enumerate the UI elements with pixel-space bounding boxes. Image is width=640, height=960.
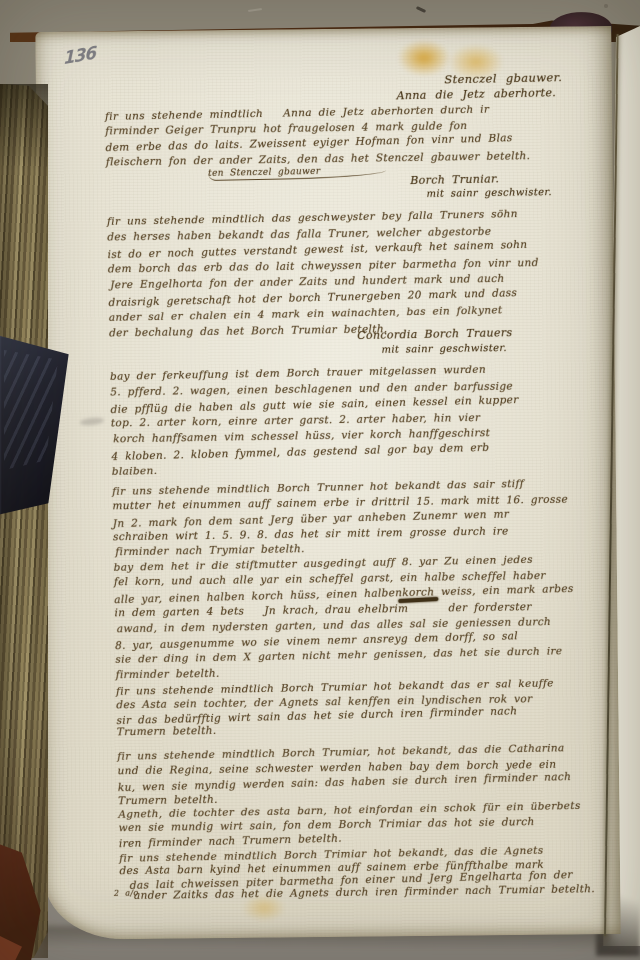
paragraph-9: fir uns stehende mindtlich Borch Trimiar… [119, 844, 595, 904]
margin-correction: 2 a/o [114, 888, 139, 897]
manuscript-line: 2 a/o [114, 888, 139, 897]
manuscript-line: Concordia Borch Trauers [357, 326, 512, 343]
paragraph-8: Agneth, die tochter des asta barn, hot e… [118, 799, 581, 850]
paragraph-3: bay der ferkeuffung ist dem Borch trauer… [110, 362, 520, 480]
subheading-concordia: Concordia Borch Trauersmit sainr geschwi… [357, 326, 513, 358]
paragraph-4: fir uns stehende mindtlich Borch Trunner… [112, 476, 569, 561]
paragraph-5: bay dem het ir die stiftmutter ausgeding… [114, 552, 576, 684]
handwritten-text-layer: Stenczel gbauwer. Anna die Jetz aberhort… [0, 0, 640, 960]
paragraph-2: fir uns stehende mindtlich das geschweys… [107, 206, 540, 342]
manuscript-line: mit sainr geschwister. [426, 186, 552, 201]
manuscript-line: Stenczel gbauwer. [444, 70, 562, 86]
underlined-insertion: ten Stenczel gbauwer [208, 166, 387, 179]
heading-name: Stenczel gbauwer. [444, 70, 562, 86]
paragraph-6: fir uns stehende mindtlich Borch Trumiar… [116, 677, 555, 741]
paragraph-1: fir uns stehende mindtlich Anna die Jetz… [105, 102, 531, 171]
manuscript-line: Anna die Jetz aberhorte. [397, 86, 557, 102]
manuscript-line: ten Stenczel gbauwer [208, 166, 387, 181]
heading-subname: Anna die Jetz aberhorte. [397, 86, 557, 102]
manuscript-photo: 136 Stenczel gbauwer. Anna die Jetz aber… [0, 0, 640, 960]
manuscript-line: mit sainr geschwister. [381, 341, 512, 357]
subheading-borch-truniar: Borch Truniar.mit sainr geschwister. [410, 171, 552, 201]
manuscript-line: Borch Truniar. [410, 171, 552, 187]
